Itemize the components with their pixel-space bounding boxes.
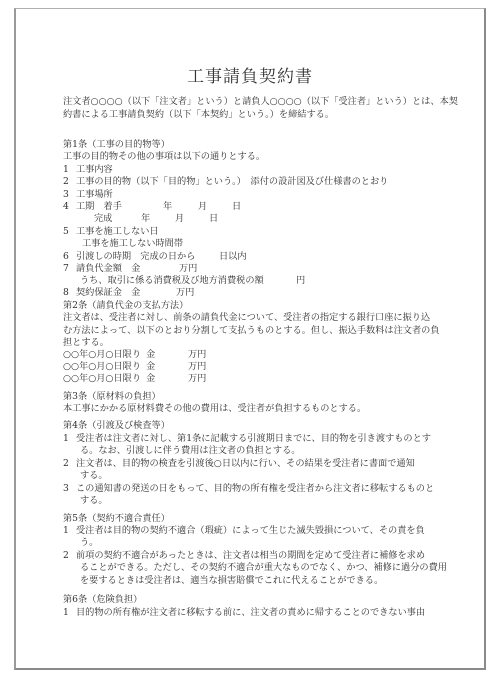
- payment-kin: 金: [146, 361, 155, 373]
- payment-unit: 万円: [188, 361, 206, 373]
- article-3-body: 本工事にかかる原材料費その他の費用は、受注者が負担するものとする。: [63, 403, 366, 415]
- article-4-item-1-line-2: る。なお、引渡しに伴う費用は注文者の負担とする。: [80, 445, 301, 457]
- article-1-item-4-label: 工期 着手: [76, 201, 122, 213]
- item-number: 2: [63, 458, 69, 470]
- item-number: 3: [63, 483, 69, 495]
- article-4-item-3-line-1: この通知書の発送の日をもって、目的物の所有権を受注者から注文者に移転するものと: [76, 483, 434, 495]
- item-number: 1: [63, 164, 69, 176]
- payment-date: ○○年○月○日限り: [63, 349, 141, 361]
- article-1-item-7-label: 請負代金額 金: [76, 263, 140, 275]
- item-number: 2: [63, 176, 69, 188]
- article-4-heading: 第4条（引渡及び検査等）: [63, 420, 170, 432]
- payment-date: ○○年○月○日限り: [63, 373, 141, 385]
- item-number: 4: [63, 201, 69, 213]
- payment-date: ○○年○月○日限り: [63, 361, 141, 373]
- completion-day-label: 日: [209, 213, 218, 225]
- article-1-lead: 工事の目的物その他の事項は以下の通りとする。: [63, 151, 265, 163]
- payment-kin: 金: [146, 349, 155, 361]
- payment-unit: 万円: [188, 349, 206, 361]
- article-3-heading: 第3条（原材料の負担）: [63, 391, 161, 403]
- article-2-body-1: 注文者は、受注者に対し、前条の請負代金について、受注者の指定する銀行口座に振り込: [63, 312, 430, 324]
- article-6-item-1-line-1: 目的物の所有権が注文者に移転する前に、注文者の責めに帰することのできない事由: [76, 607, 425, 619]
- item-number: 1: [63, 525, 69, 537]
- article-1-item-7-sub: うち、取引に係る消費税及び地方消費税の額: [80, 275, 264, 287]
- start-day-label: 日: [232, 201, 241, 213]
- article-1-item-2: 工事の目的物（以下「目的物」という。） 添付の設計図及び仕様書のとおり: [76, 176, 388, 188]
- article-1-item-7-sub-unit: 円: [296, 275, 305, 287]
- item-number: 1: [63, 607, 69, 619]
- completion-label: 完成: [94, 213, 112, 225]
- item-number: 3: [63, 189, 69, 201]
- article-1-item-8-label: 契約保証金 金: [76, 287, 140, 299]
- article-5-item-2-line-1: 前項の契約不適合があったときは、注文者は相当の期間を定めて受注者に補修を求め: [76, 550, 425, 562]
- article-4-item-2-line-1: 注文者は、目的物の検査を引渡後○日以内に行い、その結果を受注者に書面で通知: [76, 458, 415, 470]
- article-1-item-5-sub: 工事を施工しない時間帯: [82, 238, 183, 250]
- item-number: 7: [63, 263, 69, 275]
- article-5-item-2-line-3: を要するときは受注者は、適当な損害賠償でこれに代えることができる。: [80, 575, 383, 587]
- completion-year-label: 年: [141, 213, 150, 225]
- article-1-heading: 第1条（工事の目的物等）: [63, 139, 170, 151]
- article-5-item-1-line-1: 受注者は目的物の契約不適合（瑕疵）によって生じた滅失毀損について、その責を負: [76, 525, 425, 537]
- article-4-item-1-line-1: 受注者は注文者に対し、第1条に記載する引渡期日までに、目的物を引き渡すものとす: [76, 433, 431, 445]
- article-1-item-6-suffix: 日以内: [219, 251, 247, 263]
- article-5-item-1-line-2: う。: [80, 537, 98, 549]
- intro-line-2: 約書による工事請負契約（以下「本契約」という。）を締結する。: [63, 109, 334, 121]
- document-title: 工事請負契約書: [0, 62, 500, 87]
- article-1-item-7-unit: 万円: [179, 263, 197, 275]
- article-2-body-3: 担とする。: [63, 337, 109, 349]
- article-4-item-2-line-2: する。: [80, 470, 108, 482]
- payment-kin: 金: [146, 373, 155, 385]
- article-2-body-2: む方法によって、以下のとおり分割して支払うものとする。但し、振込手数料は注文者の…: [63, 325, 440, 337]
- article-1-item-6: 引渡しの時期 完成の日から: [76, 251, 195, 263]
- article-1-item-5: 工事を施工しない日: [76, 226, 159, 238]
- start-year-label: 年: [163, 201, 172, 213]
- article-1-item-8-unit: 万円: [176, 287, 194, 299]
- article-4-item-3-line-2: する。: [80, 495, 108, 507]
- article-1-item-1: 工事内容: [76, 164, 113, 176]
- item-number: 6: [63, 251, 69, 263]
- item-number: 5: [63, 226, 69, 238]
- item-number: 2: [63, 550, 69, 562]
- payment-unit: 万円: [188, 373, 206, 385]
- item-number: 8: [63, 287, 69, 299]
- completion-month-label: 月: [175, 213, 184, 225]
- article-5-item-2-line-2: ることができる。ただし、その契約不適合が重大なものでなく、かつ、補修に過分の費用: [80, 562, 447, 574]
- intro-line-1: 注文者○○○○（以下「注文者」という）と請負人○○○○（以下「受注者」という）と…: [63, 96, 458, 108]
- article-6-heading: 第6条（危険負担）: [63, 594, 142, 606]
- article-2-heading: 第2条（請負代金の支払方法）: [63, 300, 188, 312]
- article-5-heading: 第5条（契約不適合責任）: [63, 513, 170, 525]
- start-month-label: 月: [198, 201, 207, 213]
- article-1-item-3: 工事場所: [76, 189, 113, 201]
- item-number: 1: [63, 433, 69, 445]
